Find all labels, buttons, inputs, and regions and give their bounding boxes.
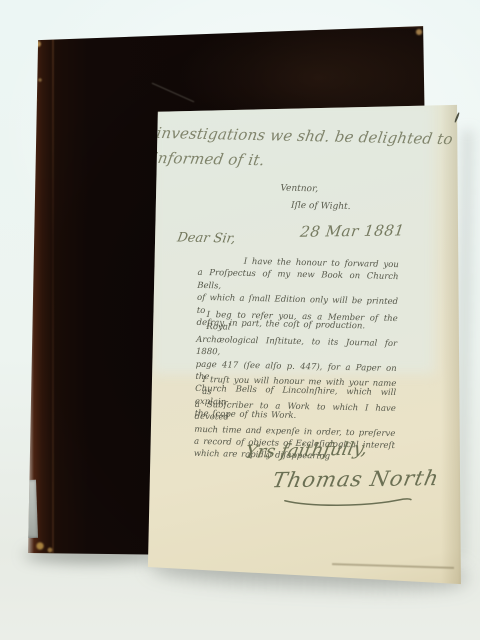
letter-salutation: Dear Sir, [176, 230, 237, 246]
letter-text: investigations we shd. be delighted to b… [139, 100, 461, 596]
letter-place-line-1: Ventnor, [280, 184, 318, 195]
corner-wear-top-right [410, 24, 428, 44]
letter-page: investigations we shd. be delighted to b… [145, 100, 467, 590]
handwritten-annotation-line-2: informed of it. [152, 149, 267, 169]
spine-label [22, 480, 38, 538]
book-hinge-line [52, 34, 54, 554]
signature-flourish [282, 492, 414, 511]
paragraph-line: a Subſcriber to a Work to which I have d… [194, 399, 395, 428]
handwritten-annotation-line-1: investigations we shd. be delighted to b… [155, 124, 478, 149]
corner-wear-top-left [30, 36, 47, 108]
letter-signature: Thomas North [270, 466, 441, 492]
photo-scene: investigations we shd. be delighted to b… [0, 0, 480, 640]
letter-place-line-2: Iſle of Wight. [291, 201, 351, 212]
letter-closing: Yrs faithfully, [243, 438, 369, 463]
letter-date: 28 Mar 1881 [299, 221, 406, 240]
